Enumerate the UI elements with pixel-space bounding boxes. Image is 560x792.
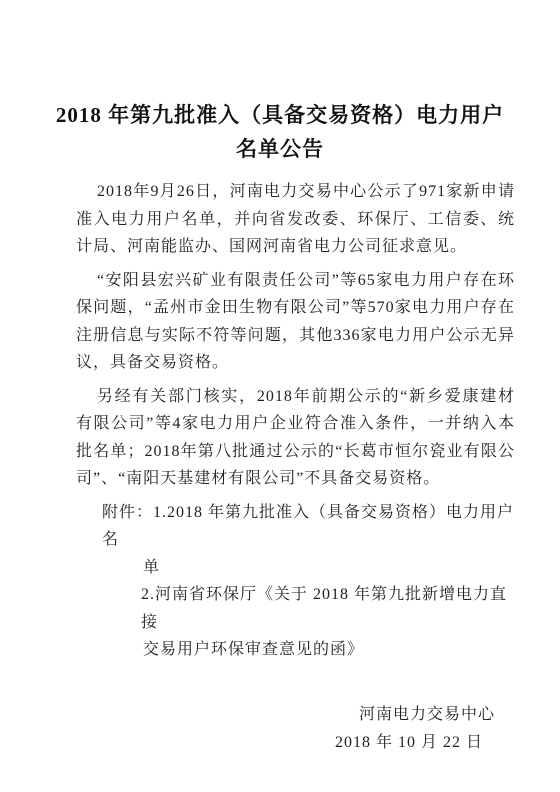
document-title-line-2: 名单公告 — [40, 132, 520, 166]
document-title: 2018 年第九批准入（具备交易资格）电力用户 名单公告 — [40, 98, 520, 166]
paragraph-review-results: “安阳县宏兴矿业有限责任公司”等65家电力用户存在环保问题，“孟州市金田生物有限… — [76, 267, 515, 377]
document-body: 2018年9月26日，河南电力交易中心公示了971家新申请准入电力用户名单，并向… — [76, 178, 515, 757]
paragraph-announcement: 2018年9月26日，河南电力交易中心公示了971家新申请准入电力用户名单，并向… — [76, 178, 515, 261]
paragraph-additional-verification: 另经有关部门核实，2018年前期公示的“新乡爱康建材有限公司”等4家电力用户企业… — [76, 383, 515, 493]
attachment-item-1-text: 1.2018 年第九批准入（具备交易资格）电力用户名 — [102, 504, 514, 549]
document-page: 2018 年第九批准入（具备交易资格）电力用户 名单公告 2018年9月26日，… — [0, 0, 560, 792]
attachment-item-1-line-2: 单 — [76, 554, 515, 582]
attachment-item-2-line-1: 2.河南省环保厅《关于 2018 年第九批新增电力直接 — [76, 581, 515, 636]
signature-block: 河南电力交易中心 2018 年 10 月 22 日 — [76, 701, 515, 757]
attachments-label: 附件： — [102, 504, 153, 521]
attachment-item-1-line-1: 附件：1.2018 年第九批准入（具备交易资格）电力用户名 — [76, 499, 515, 554]
attachments-block: 附件：1.2018 年第九批准入（具备交易资格）电力用户名 单 2.河南省环保厅… — [76, 499, 515, 664]
document-title-line-1: 2018 年第九批准入（具备交易资格）电力用户 — [40, 98, 520, 132]
attachment-item-2-line-2: 交易用户环保审查意见的函》 — [76, 636, 515, 664]
signature-date: 2018 年 10 月 22 日 — [76, 729, 515, 757]
signature-organization: 河南电力交易中心 — [76, 701, 515, 729]
